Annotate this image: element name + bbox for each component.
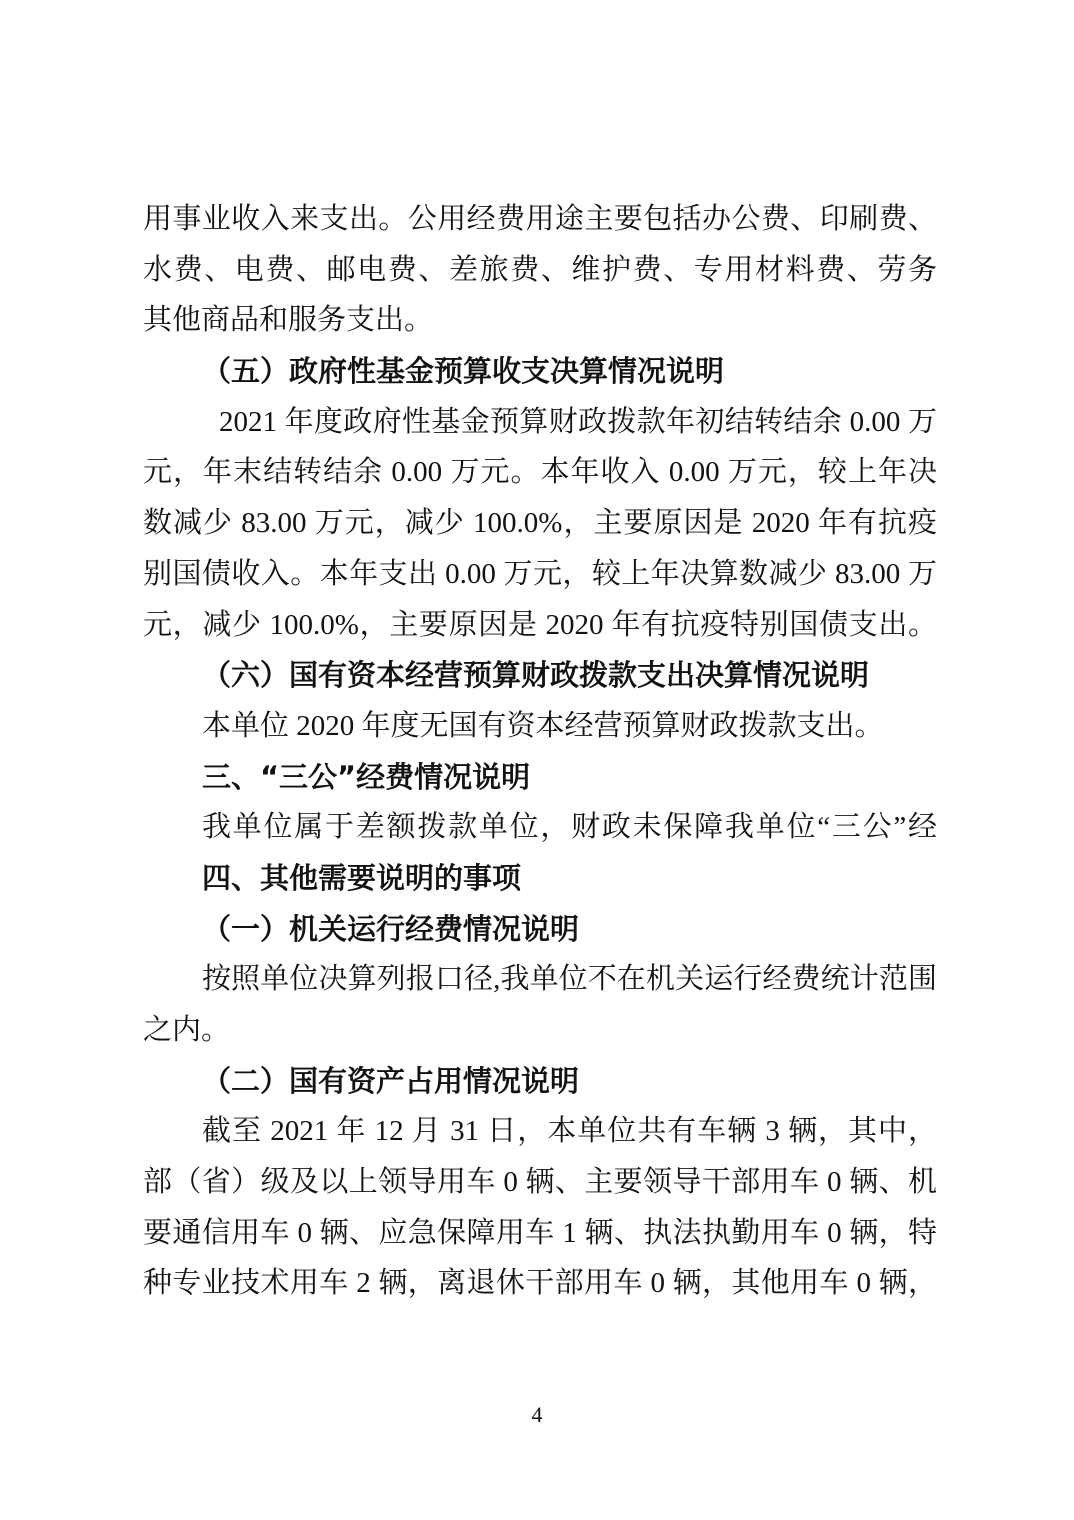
- text-line: 别国债收入。本年支出 0.00 万元，较上年决算数减少 83.00 万: [143, 549, 937, 600]
- section-heading: 三、“三公”经费情况说明: [143, 752, 937, 803]
- document-body: 用事业收入来支出。公用经费用途主要包括办公费、印刷费、 水费、电费、邮电费、差旅…: [143, 194, 937, 1309]
- text-line: 之内。: [143, 1005, 937, 1056]
- text-line: 按照单位决算列报口径,我单位不在机关运行经费统计范围: [143, 954, 937, 1005]
- text-line: 种专业技术用车 2 辆，离退休干部用车 0 辆，其他用车 0 辆，: [143, 1258, 937, 1309]
- document-page: 用事业收入来支出。公用经费用途主要包括办公费、印刷费、 水费、电费、邮电费、差旅…: [0, 0, 1074, 1520]
- text-line: 2021 年度政府性基金预算财政拨款年初结转结余 0.00 万: [143, 397, 937, 448]
- section-heading: 四、其他需要说明的事项: [143, 853, 937, 904]
- text-line: 截至 2021 年 12 月 31 日，本单位共有车辆 3 辆，其中，副: [143, 1106, 937, 1157]
- text-line: 本单位 2020 年度无国有资本经营预算财政拨款支出。: [143, 701, 937, 752]
- text-line: 数减少 83.00 万元，减少 100.0%，主要原因是 2020 年有抗疫特: [143, 498, 937, 549]
- text-line: 元，减少 100.0%，主要原因是 2020 年有抗疫特别国债支出。: [143, 600, 937, 651]
- text-line: 用事业收入来支出。公用经费用途主要包括办公费、印刷费、: [143, 194, 937, 245]
- section-heading: （二）国有资产占用情况说明: [143, 1056, 937, 1107]
- section-heading: （五）政府性基金预算收支决算情况说明: [143, 346, 937, 397]
- text-line: 其他商品和服务支出。: [143, 295, 937, 346]
- section-heading: （六）国有资本经营预算财政拨款支出决算情况说明: [143, 650, 937, 701]
- text-line: 元，年末结转结余 0.00 万元。本年收入 0.00 万元，较上年决算: [143, 447, 937, 498]
- page-number: 4: [0, 1398, 1074, 1432]
- text-line: 我单位属于差额拨款单位，财政未保障我单位“三公”经费。: [143, 802, 937, 853]
- section-heading: （一）机关运行经费情况说明: [143, 904, 937, 955]
- text-line: 要通信用车 0 辆、应急保障用车 1 辆、执法执勤用车 0 辆，特: [143, 1208, 937, 1259]
- text-line: 水费、电费、邮电费、差旅费、维护费、专用材料费、劳务费、: [143, 245, 937, 296]
- text-line: 部（省）级及以上领导用车 0 辆、主要领导干部用车 0 辆、机: [143, 1157, 937, 1208]
